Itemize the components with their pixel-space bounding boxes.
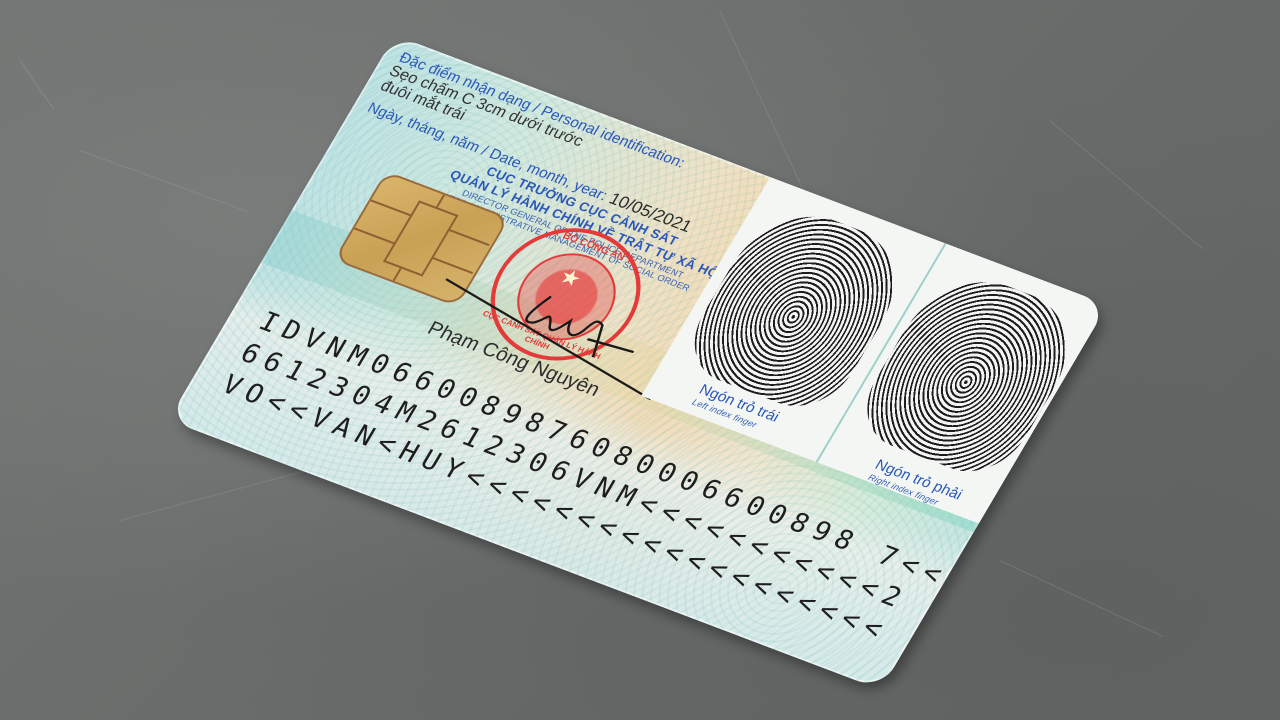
scratch: [19, 60, 54, 110]
scratch: [1000, 560, 1164, 637]
scratch: [80, 150, 249, 213]
id-card-back: Đặc điểm nhận dạng / Personal identifica…: [168, 35, 1108, 690]
scratch: [1049, 120, 1203, 249]
